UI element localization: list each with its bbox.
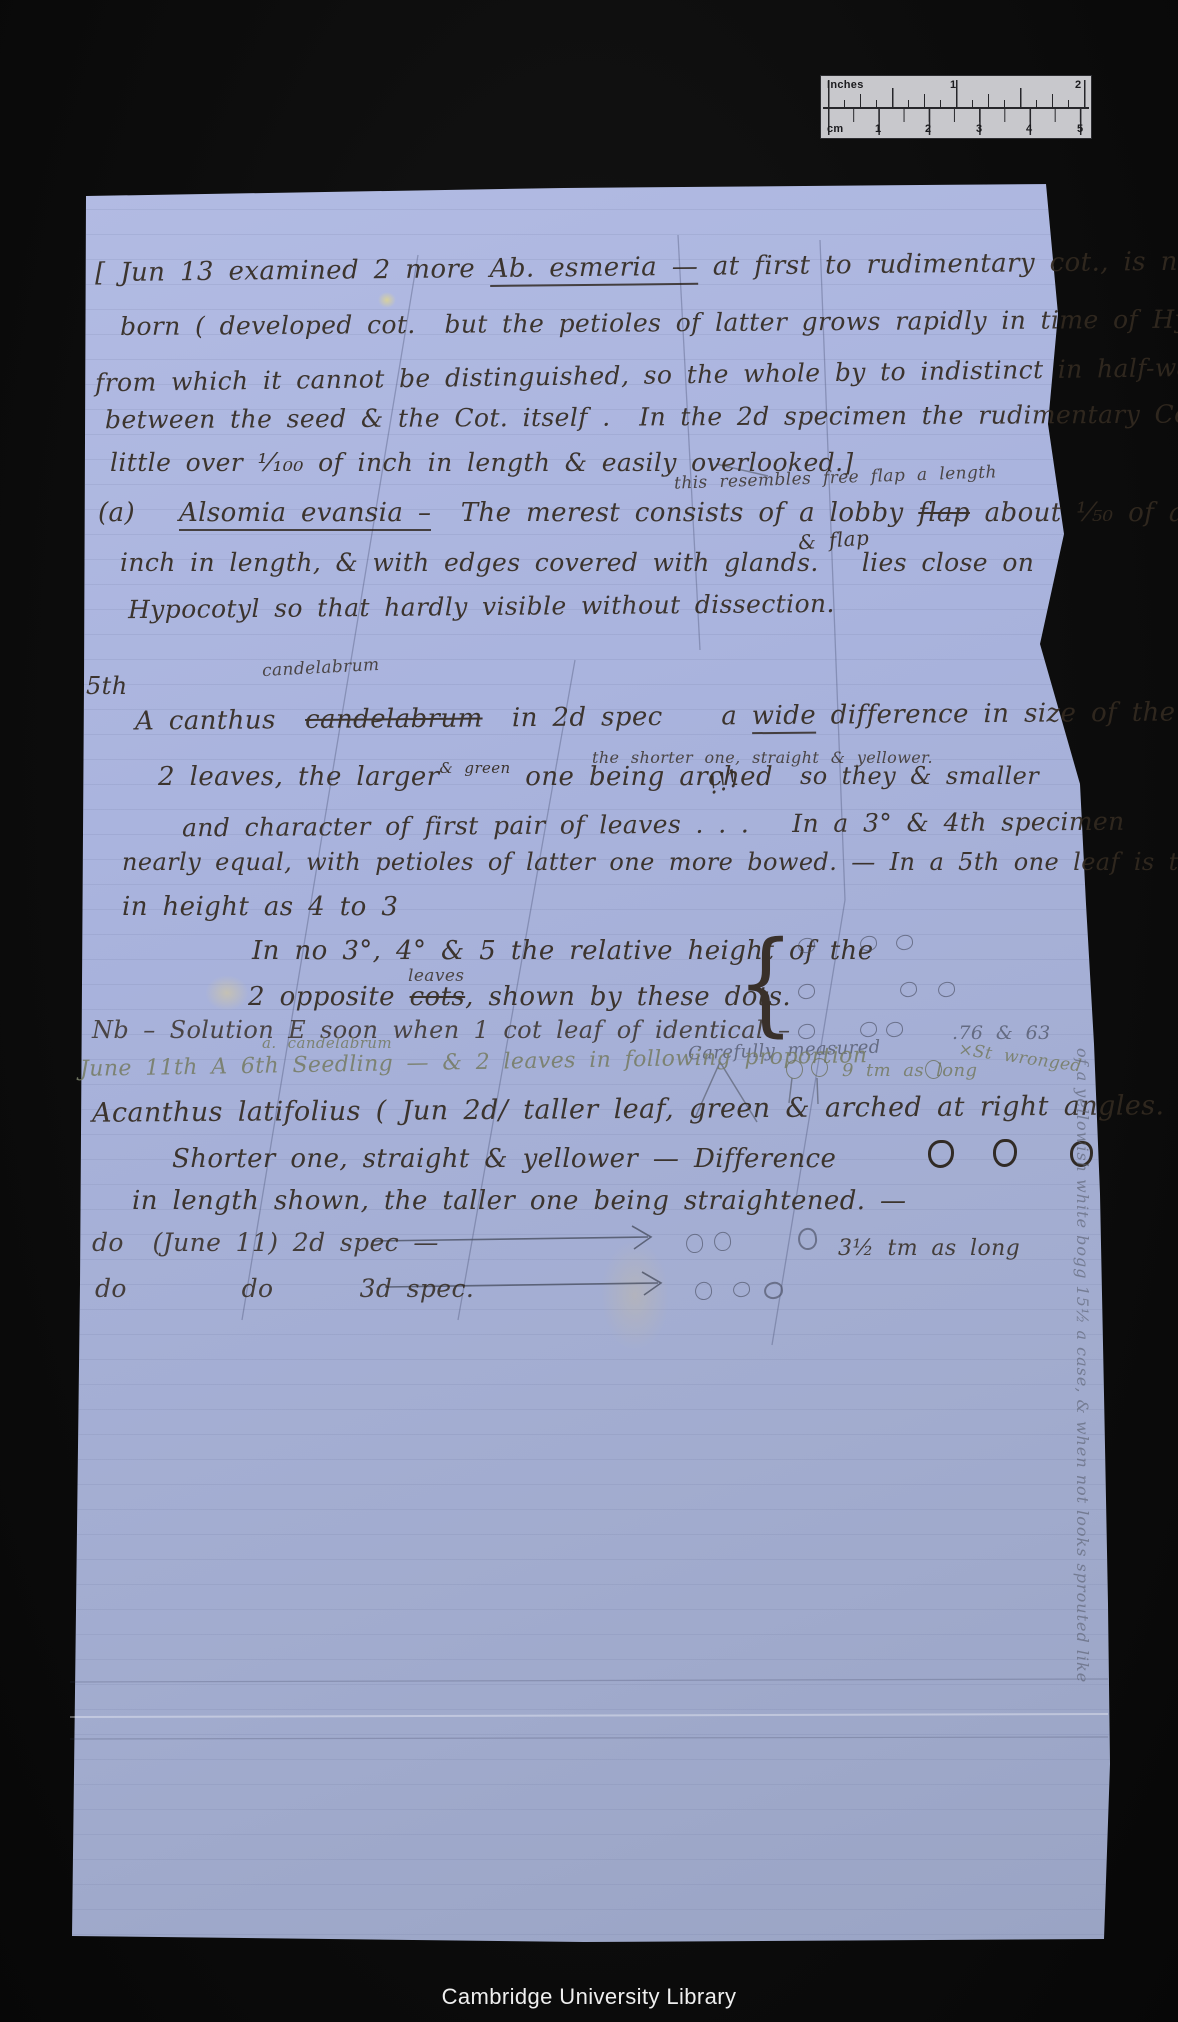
- handwriting-line: 2 leaves, the larger& green one being ar…: [158, 762, 773, 792]
- ruler-cm-2: 2: [925, 123, 931, 135]
- line-text: at first to rudimentary cot., is near to: [698, 246, 1178, 282]
- handwriting-line: between the seed & the Cot. itself . In …: [105, 399, 1178, 435]
- margin-note-vertical: of a yellowish white bogg 15½ a case, & …: [1073, 1048, 1092, 1728]
- section-number: 5th: [86, 672, 128, 700]
- handwriting-line: inch in length, & with edges covered wit…: [120, 548, 1034, 577]
- underlined-word: wide: [752, 701, 816, 735]
- curly-brace: {: [737, 918, 794, 1048]
- handwriting-line: do (June 11) 2d spec —: [92, 1228, 439, 1257]
- interline-note-green: a. candelabrum: [262, 1034, 392, 1052]
- line-text: about ¹⁄₅₀ of an: [970, 498, 1178, 528]
- struck-word: cots: [410, 982, 466, 1012]
- library-caption: Cambridge University Library: [0, 1984, 1178, 2010]
- manuscript-photo: Inches 1 2 cm 1 2 3 4 5: [0, 0, 1178, 2022]
- handwriting-line: Hypocotyl so that hardly visible without…: [128, 589, 835, 624]
- ruler-cm-3: 3: [976, 123, 982, 135]
- handwriting-measurement: 3½ tm as long: [838, 1236, 1020, 1261]
- struck-word: flap: [918, 498, 970, 528]
- insert-word: & green: [440, 759, 511, 777]
- seedling-dot-green: [786, 1060, 803, 1079]
- ruler-inch-2: 2: [1075, 79, 1081, 91]
- handwriting-line: Nb – Solution E soon when 1 cot leaf of …: [92, 1016, 790, 1044]
- ruler-cm-4: 4: [1026, 123, 1032, 135]
- handwriting-line: do do 3d spec.: [95, 1274, 474, 1303]
- ruler-cm-1: 1: [875, 123, 881, 135]
- ruler-scale-bar: Inches 1 2 cm 1 2 3 4 5: [820, 75, 1092, 139]
- handwriting-line: 2 opposite cots, shown by these dots.: [248, 982, 791, 1012]
- seedling-dot-green: [925, 1060, 942, 1079]
- line-text: [ Jun 13 examined 2 more: [95, 254, 490, 288]
- line-text: A canthus: [135, 705, 305, 736]
- pencil-measurement-green: 9 tm as long: [842, 1060, 977, 1081]
- underlined-species-name: Alsomia evansia –: [179, 498, 431, 531]
- line-text: The merest consists of a lobby: [431, 498, 918, 528]
- handwriting-line: in height as 4 to 3: [122, 892, 398, 922]
- seedling-dot-green: [811, 1058, 828, 1077]
- handwriting-line: so they & smaller: [800, 762, 1039, 790]
- ruler-inches-label: Inches: [827, 79, 864, 91]
- line-text: (a): [98, 498, 179, 528]
- ruler-cm-5: 5: [1077, 123, 1083, 135]
- line-text: 2 leaves, the larger: [158, 762, 440, 792]
- handwriting-line: nearly equal, with petioles of latter on…: [122, 848, 1178, 876]
- line-text: 2 opposite: [248, 982, 410, 1012]
- handwriting-line: Shorter one, straight & yellower — Diffe…: [172, 1144, 836, 1174]
- line-text: difference in size of the: [816, 697, 1176, 730]
- handwriting-line: (a) Alsomia evansia – The merest consist…: [98, 498, 1178, 528]
- line-text: in 2d spec a: [482, 701, 752, 733]
- ruler-cm-label: cm: [827, 123, 844, 135]
- handwriting-line: in length shown, the taller one being st…: [132, 1186, 906, 1216]
- underlined-species-name: Ab. esmeria —: [490, 252, 699, 287]
- ruler-inch-1: 1: [950, 79, 956, 91]
- struck-word: candelabrum: [305, 704, 483, 736]
